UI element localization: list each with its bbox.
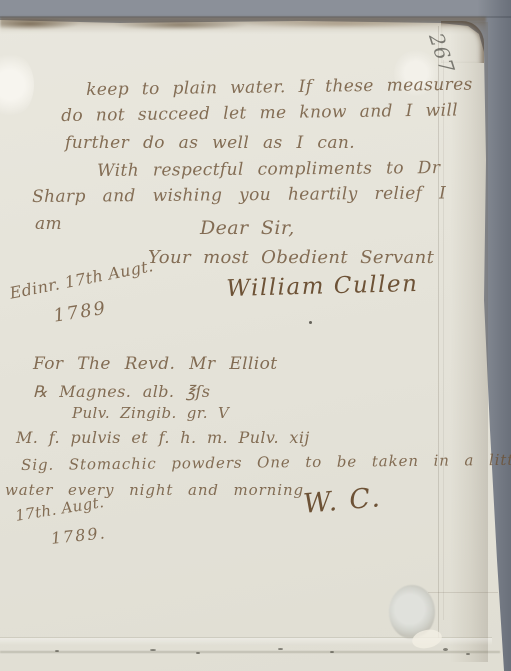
ink-speck [196, 652, 200, 654]
letter-line-4: With respectful compliments to Dr [97, 158, 440, 181]
ink-speck [330, 651, 334, 653]
valediction: Your most Obedient Servant [148, 247, 434, 268]
ink-dot [309, 321, 312, 324]
bottom-fold-line [0, 651, 500, 653]
signature: William Cullen [226, 271, 419, 302]
vertical-crease-faint [443, 60, 444, 620]
letter-line-6: am [35, 214, 62, 234]
prescription-sig-line-2: water every night and morning [5, 481, 304, 499]
letter-line-3: further do as well as I can. [65, 133, 355, 153]
prescription-line-3: M. f. pulvis et f. h. m. Pulv. xij [16, 428, 310, 447]
prescription-heading: For The Revd. Mr Elliot [33, 354, 277, 374]
prescription-line-2: Pulv. Zingib. gr. V [72, 404, 229, 422]
ink-speck [55, 650, 59, 652]
letter-line-5: Sharp and wishing you heartily relief I [32, 183, 446, 207]
ink-speck [150, 649, 156, 651]
page-top-toning [0, 17, 486, 33]
manuscript-scan: keep to plain water. If these measures d… [0, 0, 511, 671]
ink-speck [466, 653, 470, 655]
impression-line [428, 592, 498, 593]
ink-speck [278, 648, 283, 650]
salutation: Dear Sir, [200, 217, 295, 239]
ink-speck [443, 648, 448, 651]
prescription-line-1: ℞ Magnes. alb. ℥ſs [33, 382, 210, 401]
